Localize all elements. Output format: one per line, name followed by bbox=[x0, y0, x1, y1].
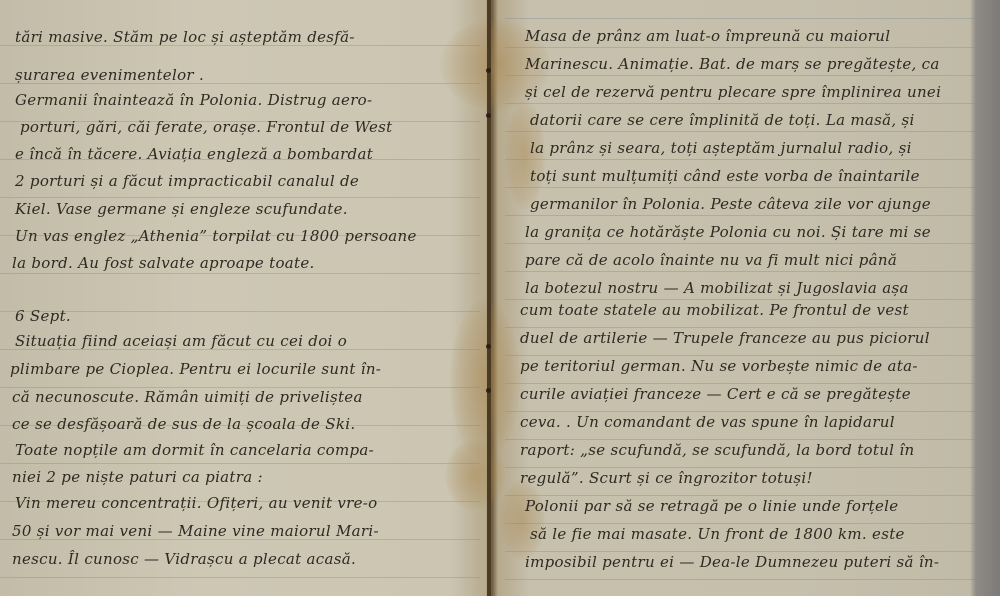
text-line: la bord. Au fost salvate aproape toate. bbox=[12, 254, 315, 272]
text-line: Situația fiind aceiași am făcut cu cei d… bbox=[15, 332, 347, 350]
text-line: șurarea evenimentelor . bbox=[15, 66, 204, 84]
text-line: Toate nopțile am dormit în cancelaria co… bbox=[15, 441, 374, 459]
text-line: Marinescu. Animație. Bat. de marș se pre… bbox=[525, 55, 940, 73]
text-line: pare că de acolo înainte nu va fi mult n… bbox=[525, 251, 897, 269]
text-line: regulă”. Scurt și ce îngrozitor totuși! bbox=[520, 469, 813, 487]
binding-stitch bbox=[486, 68, 491, 73]
text-line: Vin mereu concentrații. Ofițeri, au veni… bbox=[15, 494, 377, 512]
text-line: ceva. . Un comandant de vas spune în lap… bbox=[520, 413, 895, 431]
text-line: că necunoscute. Rămân uimiți de priveliș… bbox=[12, 388, 363, 406]
text-line: Germanii înaintează în Polonia. Distrug … bbox=[15, 91, 372, 109]
text-line: tări masive. Stăm pe loc și așteptăm des… bbox=[15, 28, 355, 46]
text-line: Masa de prânz am luat-o împreună cu maio… bbox=[525, 27, 890, 45]
text-line: Kiel. Vase germane și engleze scufundate… bbox=[15, 200, 348, 218]
text-line: Un vas englez „Athenia” torpilat cu 1800… bbox=[15, 227, 417, 245]
text-line: e încă în tăcere. Aviația engleză a bomb… bbox=[15, 145, 373, 163]
text-line: la prânz și seara, toți așteptăm jurnalu… bbox=[530, 139, 912, 157]
text-line: datorii care se cere împlinită de toți. … bbox=[530, 111, 915, 129]
right-page: Masa de prânz am luat-o împreună cu maio… bbox=[505, 0, 975, 596]
book-spine bbox=[487, 0, 491, 596]
text-line: pe teritoriul german. Nu se vorbește nim… bbox=[520, 357, 918, 375]
text-line: și cel de rezervă pentru plecare spre îm… bbox=[525, 83, 941, 101]
text-line: ce se desfășoară de sus de la școala de … bbox=[12, 415, 355, 433]
text-line: la botezul nostru — A mobilizat și Jugos… bbox=[525, 279, 909, 297]
left-page: tări masive. Stăm pe loc și așteptăm des… bbox=[0, 0, 480, 596]
text-line: cum toate statele au mobilizat. Pe front… bbox=[520, 301, 909, 319]
binding-stitch bbox=[486, 113, 491, 118]
text-line: 2 porturi și a făcut impracticabil canal… bbox=[15, 172, 359, 190]
binding-stitch bbox=[486, 388, 491, 393]
text-line: duel de artilerie — Trupele franceze au … bbox=[520, 329, 930, 347]
text-line: curile aviației franceze — Cert e că se … bbox=[520, 385, 911, 403]
text-line: raport: „se scufundă, se scufundă, la bo… bbox=[520, 441, 914, 459]
text-line: plimbare pe Cioplea. Pentru ei locurile … bbox=[10, 360, 381, 378]
text-line: porturi, gări, căi ferate, orașe. Frontu… bbox=[20, 118, 392, 136]
text-line: 50 și vor mai veni — Maine vine maiorul … bbox=[12, 522, 379, 540]
text-line: să le fie mai masate. Un front de 1800 k… bbox=[530, 525, 905, 543]
text-line: imposibil pentru ei — Dea-le Dumnezeu pu… bbox=[525, 553, 939, 571]
text-line: 6 Sept. bbox=[15, 307, 71, 325]
text-line: la granița ce hotărăște Polonia cu noi. … bbox=[525, 223, 931, 241]
text-line: nescu. Îl cunosc — Vidrașcu a plecat aca… bbox=[12, 550, 356, 568]
notebook-spread: tări masive. Stăm pe loc și așteptăm des… bbox=[0, 0, 1000, 596]
text-line: toți sunt mulțumiți când este vorba de î… bbox=[530, 167, 920, 185]
text-line: niei 2 pe niște paturi ca piatra : bbox=[12, 468, 263, 486]
binding-stitch bbox=[486, 344, 491, 349]
text-line: germanilor în Polonia. Peste câteva zile… bbox=[530, 195, 931, 213]
text-line: Polonii par să se retragă pe o linie und… bbox=[525, 497, 898, 515]
